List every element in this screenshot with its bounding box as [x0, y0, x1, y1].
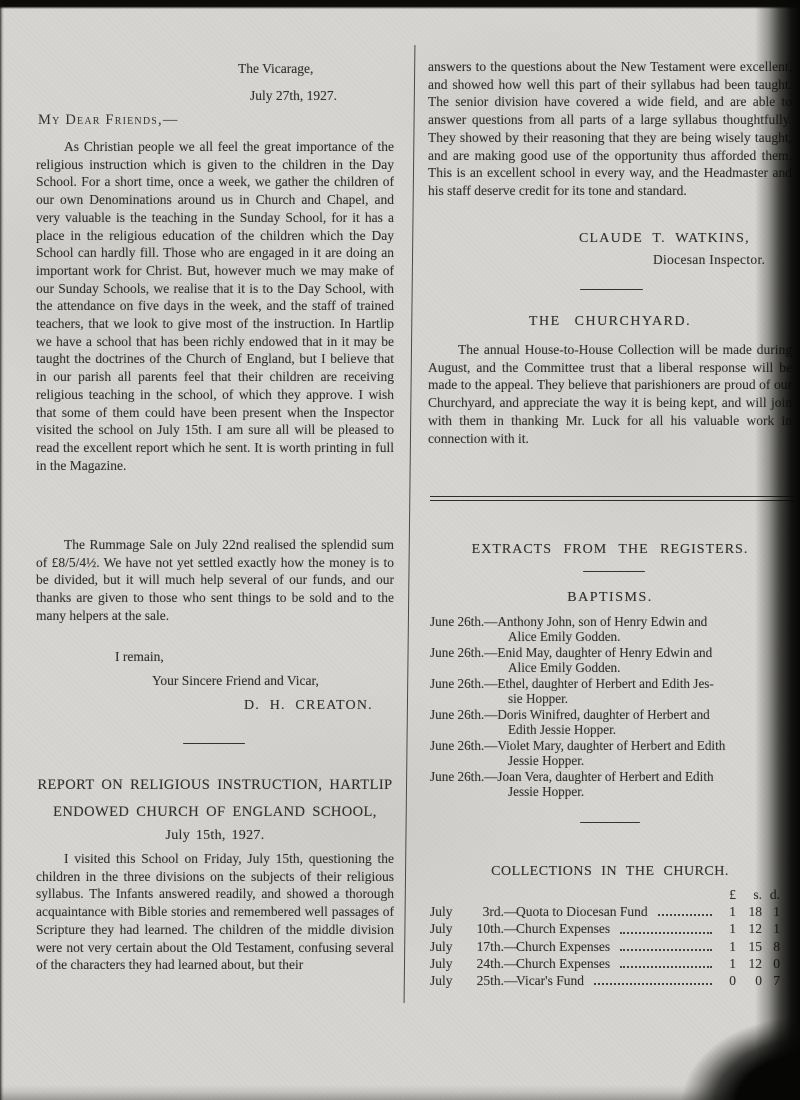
double-divider-rule	[430, 496, 794, 501]
baptism-entry-line2: Jessie Hopper.	[430, 785, 794, 799]
report-paragraph-left: I visited this School on Friday, July 15…	[36, 850, 394, 974]
collections-heading: COLLECTIONS IN THE CHURCH.	[428, 864, 792, 880]
baptism-entry-line2: sie Hopper.	[430, 692, 794, 706]
report-title-line1: REPORT ON RELIGIOUS INSTRUCTION, HARTLIP	[36, 777, 394, 794]
baptism-entry-line2: Alice Emily Godden.	[430, 630, 794, 644]
collection-month: July	[430, 920, 466, 937]
baptism-entry-line2: Edith Jessie Hopper.	[430, 723, 794, 737]
closing-sincere-friend: Your Sincere Friend and Vicar,	[152, 672, 319, 689]
collection-month: July	[430, 972, 466, 989]
collection-pounds: 1	[718, 955, 736, 972]
vicarage-address: The Vicarage,	[238, 60, 313, 77]
collection-row: July 17th. — Church Expenses 1 15 8	[430, 938, 792, 955]
salutation: My Dear Friends,—	[38, 112, 179, 129]
collections-currency-header: £ s. d.	[430, 886, 792, 903]
baptism-entry-line1: June 26th.—Doris Winifred, daughter of H…	[430, 708, 794, 723]
collection-day: 24th.	[466, 955, 504, 972]
collection-description: Church Expenses	[516, 920, 610, 937]
collection-row: July 3rd. — Quota to Diocesan Fund 1 18 …	[430, 903, 792, 920]
report-title-line2: ENDOWED CHURCH OF ENGLAND SCHOOL,	[36, 804, 394, 821]
column-divider	[404, 45, 416, 1003]
dash: —	[504, 903, 516, 920]
scan-corner-bottom-right	[640, 985, 800, 1100]
baptism-entry-line1: June 26th.—Violet Mary, daughter of Herb…	[430, 739, 794, 754]
scan-edge-right	[755, 0, 800, 1100]
letter-date: July 27th, 1927.	[250, 87, 337, 104]
divider-rule	[580, 289, 643, 290]
closing-i-remain: I remain,	[115, 648, 164, 665]
collection-pounds: 1	[718, 903, 736, 920]
scan-edge-left	[0, 0, 4, 1100]
baptism-entry: June 26th.—Ethel, daughter of Herbert an…	[430, 677, 794, 706]
dash: —	[504, 938, 516, 955]
dotted-leader	[620, 932, 712, 934]
collections-table: £ s. d. July 3rd. — Quota to Diocesan Fu…	[430, 886, 792, 989]
dash: —	[504, 972, 516, 989]
pounds-column-header: £	[718, 886, 736, 903]
letter-paragraph-1: As Christian people we all feel the grea…	[36, 138, 394, 474]
churchyard-heading: THE CHURCHYARD.	[428, 314, 792, 330]
dash: —	[504, 955, 516, 972]
baptism-entry-line2: Alice Emily Godden.	[430, 661, 794, 675]
collection-row: July 10th. — Church Expenses 1 12 1	[430, 920, 792, 937]
baptism-entries: June 26th.—Anthony John, son of Henry Ed…	[430, 615, 794, 801]
divider-rule	[183, 743, 245, 744]
baptism-entry: June 26th.—Enid May, daughter of Henry E…	[430, 646, 794, 675]
report-paragraph-right: answers to the questions about the New T…	[428, 58, 792, 200]
baptism-entry-line1: June 26th.—Enid May, daughter of Henry E…	[430, 646, 794, 661]
collection-day: 25th.	[466, 972, 504, 989]
collection-description: Vicar's Fund	[516, 972, 584, 989]
baptism-entry: June 26th.—Joan Vera, daughter of Herber…	[430, 770, 794, 799]
collection-pounds: 1	[718, 938, 736, 955]
baptism-entry-line1: June 26th.—Ethel, daughter of Herbert an…	[430, 677, 794, 692]
inspector-title: Diocesan Inspector.	[653, 251, 765, 268]
collection-month: July	[430, 938, 466, 955]
collection-day: 10th.	[466, 920, 504, 937]
collection-month: July	[430, 903, 466, 920]
baptism-entry-line2: Jessie Hopper.	[430, 754, 794, 768]
letter-paragraph-2: The Rummage Sale on July 22nd realised t…	[36, 536, 394, 625]
divider-rule	[580, 822, 640, 823]
magazine-page: The Vicarage, July 27th, 1927. My Dear F…	[0, 0, 800, 1100]
divider-rule	[583, 571, 645, 572]
baptism-entry: June 26th.—Anthony John, son of Henry Ed…	[430, 615, 794, 644]
dash: —	[504, 920, 516, 937]
vicar-signature: D. H. CREATON.	[244, 697, 373, 714]
dotted-leader	[620, 949, 712, 951]
baptism-entry-line1: June 26th.—Anthony John, son of Henry Ed…	[430, 615, 794, 630]
baptism-entry: June 26th.—Violet Mary, daughter of Herb…	[430, 739, 794, 768]
baptisms-heading: BAPTISMS.	[428, 590, 792, 606]
scan-edge-top	[0, 0, 800, 9]
baptism-entry-line1: June 26th.—Joan Vera, daughter of Herber…	[430, 770, 794, 785]
registers-heading: EXTRACTS FROM THE REGISTERS.	[428, 542, 792, 558]
collection-month: July	[430, 955, 466, 972]
collection-description: Church Expenses	[516, 938, 610, 955]
inspector-signature: CLAUDE T. WATKINS,	[579, 230, 750, 247]
collection-description: Church Expenses	[516, 955, 610, 972]
report-title-date: July 15th, 1927.	[36, 828, 394, 844]
baptism-entry: June 26th.—Doris Winifred, daughter of H…	[430, 708, 794, 737]
collection-day: 17th.	[466, 938, 504, 955]
churchyard-paragraph: The annual House-to-House Collection wil…	[428, 341, 792, 447]
collection-row: July 24th. — Church Expenses 1 12 0	[430, 955, 792, 972]
dotted-leader	[620, 966, 712, 968]
collection-description: Quota to Diocesan Fund	[516, 903, 648, 920]
dotted-leader	[658, 914, 712, 916]
collection-day: 3rd.	[466, 903, 504, 920]
collection-pounds: 1	[718, 920, 736, 937]
